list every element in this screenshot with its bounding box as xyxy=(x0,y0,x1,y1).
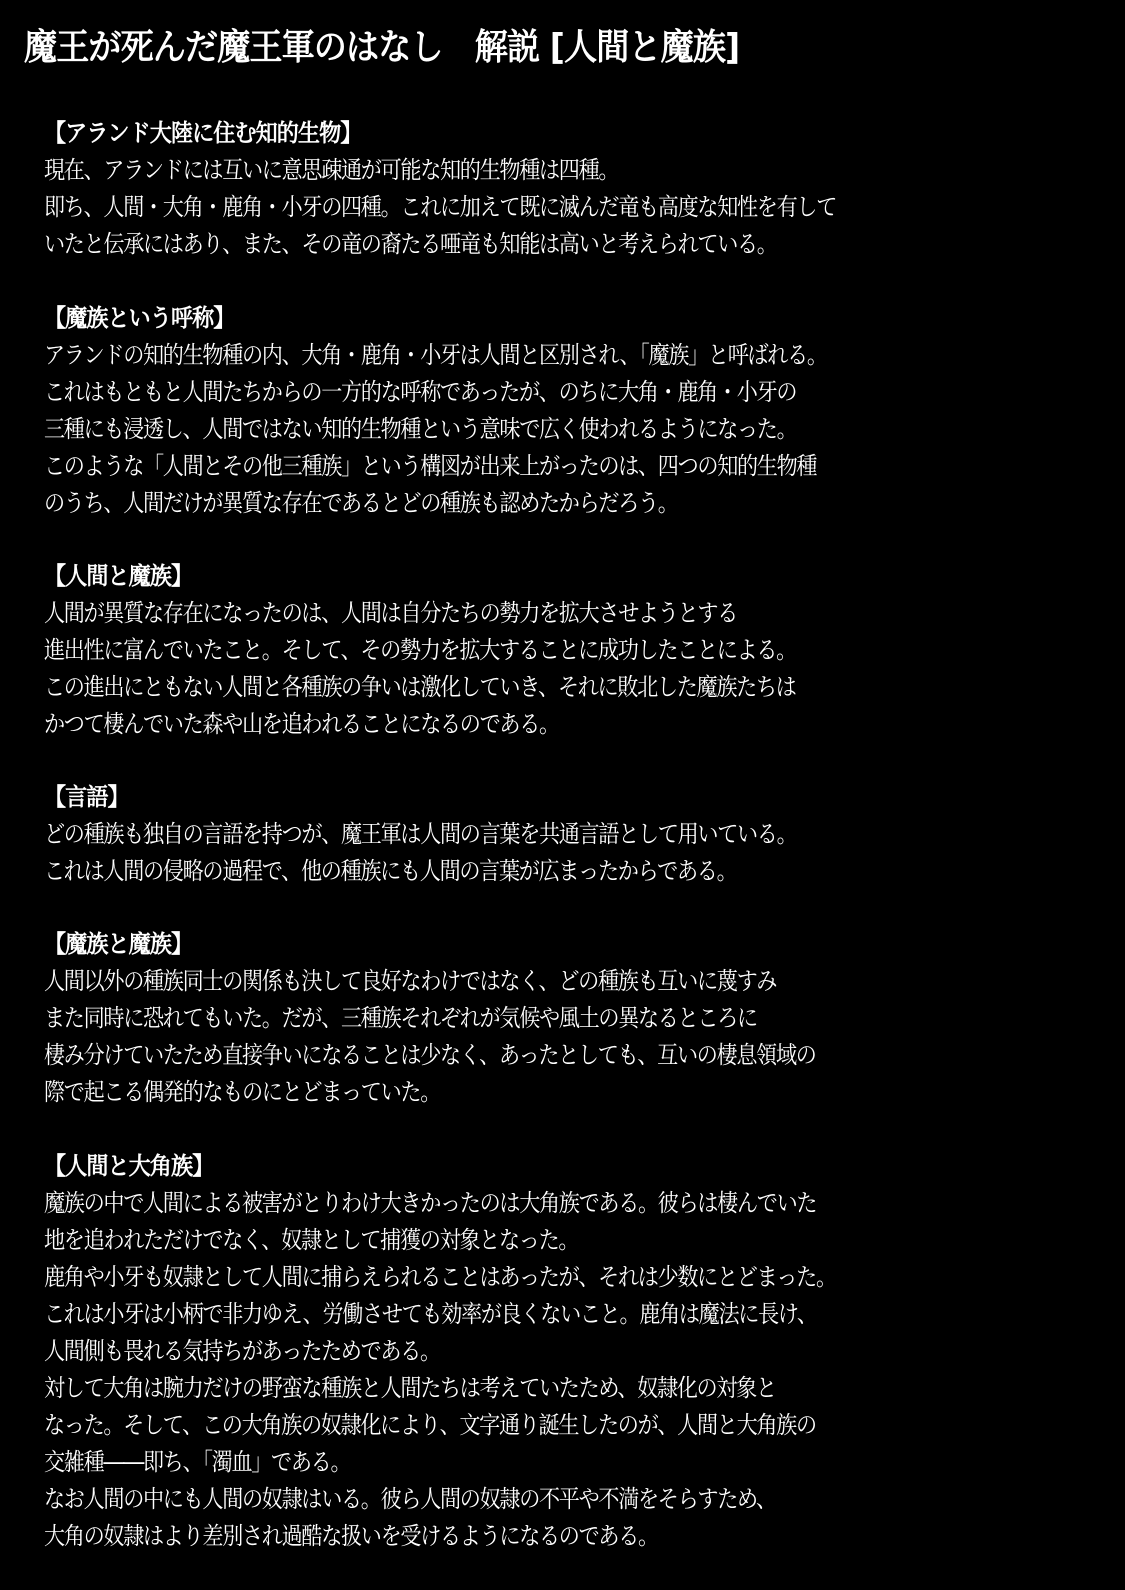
body-line: 鹿角や小牙も奴隷として人間に捕らえられることはあったが、それは少数にとどまった。 xyxy=(44,1259,986,1296)
body-line: 人間側も畏れる気持ちがあったためである。 xyxy=(44,1333,986,1370)
body-line: 地を追われただけでなく、奴隷として捕獲の対象となった。 xyxy=(44,1222,986,1259)
body-line: これはもともと人間たちからの一方的な呼称であったが、のちに大角・鹿角・小牙の xyxy=(44,374,986,411)
body-line: 現在、アランドには互いに意思疎通が可能な知的生物種は四種。 xyxy=(44,152,986,189)
body-line: のうち、人間だけが異質な存在であるとどの種族も認めたからだろう。 xyxy=(44,485,986,522)
section-language: 【言語】 どの種族も独自の言語を持つが、魔王軍は人間の言葉を共通言語として用いて… xyxy=(44,779,1114,890)
section-arand-intelligent-life: 【アランド大陸に住む知的生物】 現在、アランドには互いに意思疎通が可能な知的生物… xyxy=(44,115,1114,263)
page-title: 魔王が死んだ魔王軍のはなし 解説 [人間と魔族] xyxy=(24,22,739,74)
body-line: 交雑種――即ち、「濁血」である。 xyxy=(44,1444,986,1481)
document-page: 魔王が死んだ魔王軍のはなし 解説 [人間と魔族] 【アランド大陸に住む知的生物】… xyxy=(0,0,1125,1590)
body-line: アランドの知的生物種の内、大角・鹿角・小牙は人間と区別され、「魔族」と呼ばれる。 xyxy=(44,337,986,374)
body-line: どの種族も独自の言語を持つが、魔王軍は人間の言葉を共通言語として用いている。 xyxy=(44,816,986,853)
body-line: 際で起こる偶発的なものにとどまっていた。 xyxy=(44,1074,986,1111)
body-line: これは小牙は小柄で非力ゆえ、労働させても効率が良くないこと。鹿角は魔法に長け、 xyxy=(44,1296,986,1333)
section-header: 【人間と大角族】 xyxy=(44,1148,1028,1185)
body-line: かつて棲んでいた森や山を追われることになるのである。 xyxy=(44,706,986,743)
body-line: この進出にともない人間と各種族の争いは激化していき、それに敗北した魔族たちは xyxy=(44,669,986,706)
body-line: なった。そして、この大角族の奴隷化により、文字通り誕生したのが、人間と大角族の xyxy=(44,1407,986,1444)
section-header: 【魔族と魔族】 xyxy=(44,926,1028,963)
body-line: 魔族の中で人間による被害がとりわけ大きかったのは大角族である。彼らは棲んでいた xyxy=(44,1185,986,1222)
body-line: 大角の奴隷はより差別され過酷な扱いを受けるようになるのである。 xyxy=(44,1518,986,1555)
body-line: これは人間の侵略の過程で、他の種族にも人間の言葉が広まったからである。 xyxy=(44,853,986,890)
body-line: 人間以外の種族同士の関係も決して良好なわけではなく、どの種族も互いに蔑すみ xyxy=(44,963,986,1000)
body-line: 即ち、人間・大角・鹿角・小牙の四種。これに加えて既に滅んだ竜も高度な知性を有して xyxy=(44,189,986,226)
section-mazoku-and-mazoku: 【魔族と魔族】 人間以外の種族同士の関係も決して良好なわけではなく、どの種族も互… xyxy=(44,926,1114,1111)
body-line: 三種にも浸透し、人間ではない知的生物種という意味で広く使われるようになった。 xyxy=(44,411,986,448)
section-header: 【人間と魔族】 xyxy=(44,558,1028,595)
body-line: また同時に恐れてもいた。だが、三種族それぞれが気候や風土の異なるところに xyxy=(44,1000,986,1037)
section-header: 【言語】 xyxy=(44,779,1028,816)
body-line: 進出性に富んでいたこと。そして、その勢力を拡大することに成功したことによる。 xyxy=(44,632,986,669)
body-line: 棲み分けていたため直接争いになることは少なく、あったとしても、互いの棲息領域の xyxy=(44,1037,986,1074)
section-mazoku-term: 【魔族という呼称】 アランドの知的生物種の内、大角・鹿角・小牙は人間と区別され、… xyxy=(44,300,1114,522)
body-line: 人間が異質な存在になったのは、人間は自分たちの勢力を拡大させようとする xyxy=(44,595,986,632)
body-line: 対して大角は腕力だけの野蛮な種族と人間たちは考えていたため、奴隷化の対象と xyxy=(44,1370,986,1407)
section-header: 【アランド大陸に住む知的生物】 xyxy=(44,115,1028,152)
section-humans-and-ogres: 【人間と大角族】 魔族の中で人間による被害がとりわけ大きかったのは大角族である。… xyxy=(44,1148,1114,1555)
body-line: このような「人間とその他三種族」という構図が出来上がったのは、四つの知的生物種 xyxy=(44,448,986,485)
body-line: いたと伝承にはあり、また、その竜の裔たる唖竜も知能は高いと考えられている。 xyxy=(44,226,986,263)
body-line: なお人間の中にも人間の奴隷はいる。彼ら人間の奴隷の不平や不満をそらすため、 xyxy=(44,1481,986,1518)
section-humans-and-mazoku: 【人間と魔族】 人間が異質な存在になったのは、人間は自分たちの勢力を拡大させよう… xyxy=(44,558,1114,743)
section-header: 【魔族という呼称】 xyxy=(44,300,1028,337)
